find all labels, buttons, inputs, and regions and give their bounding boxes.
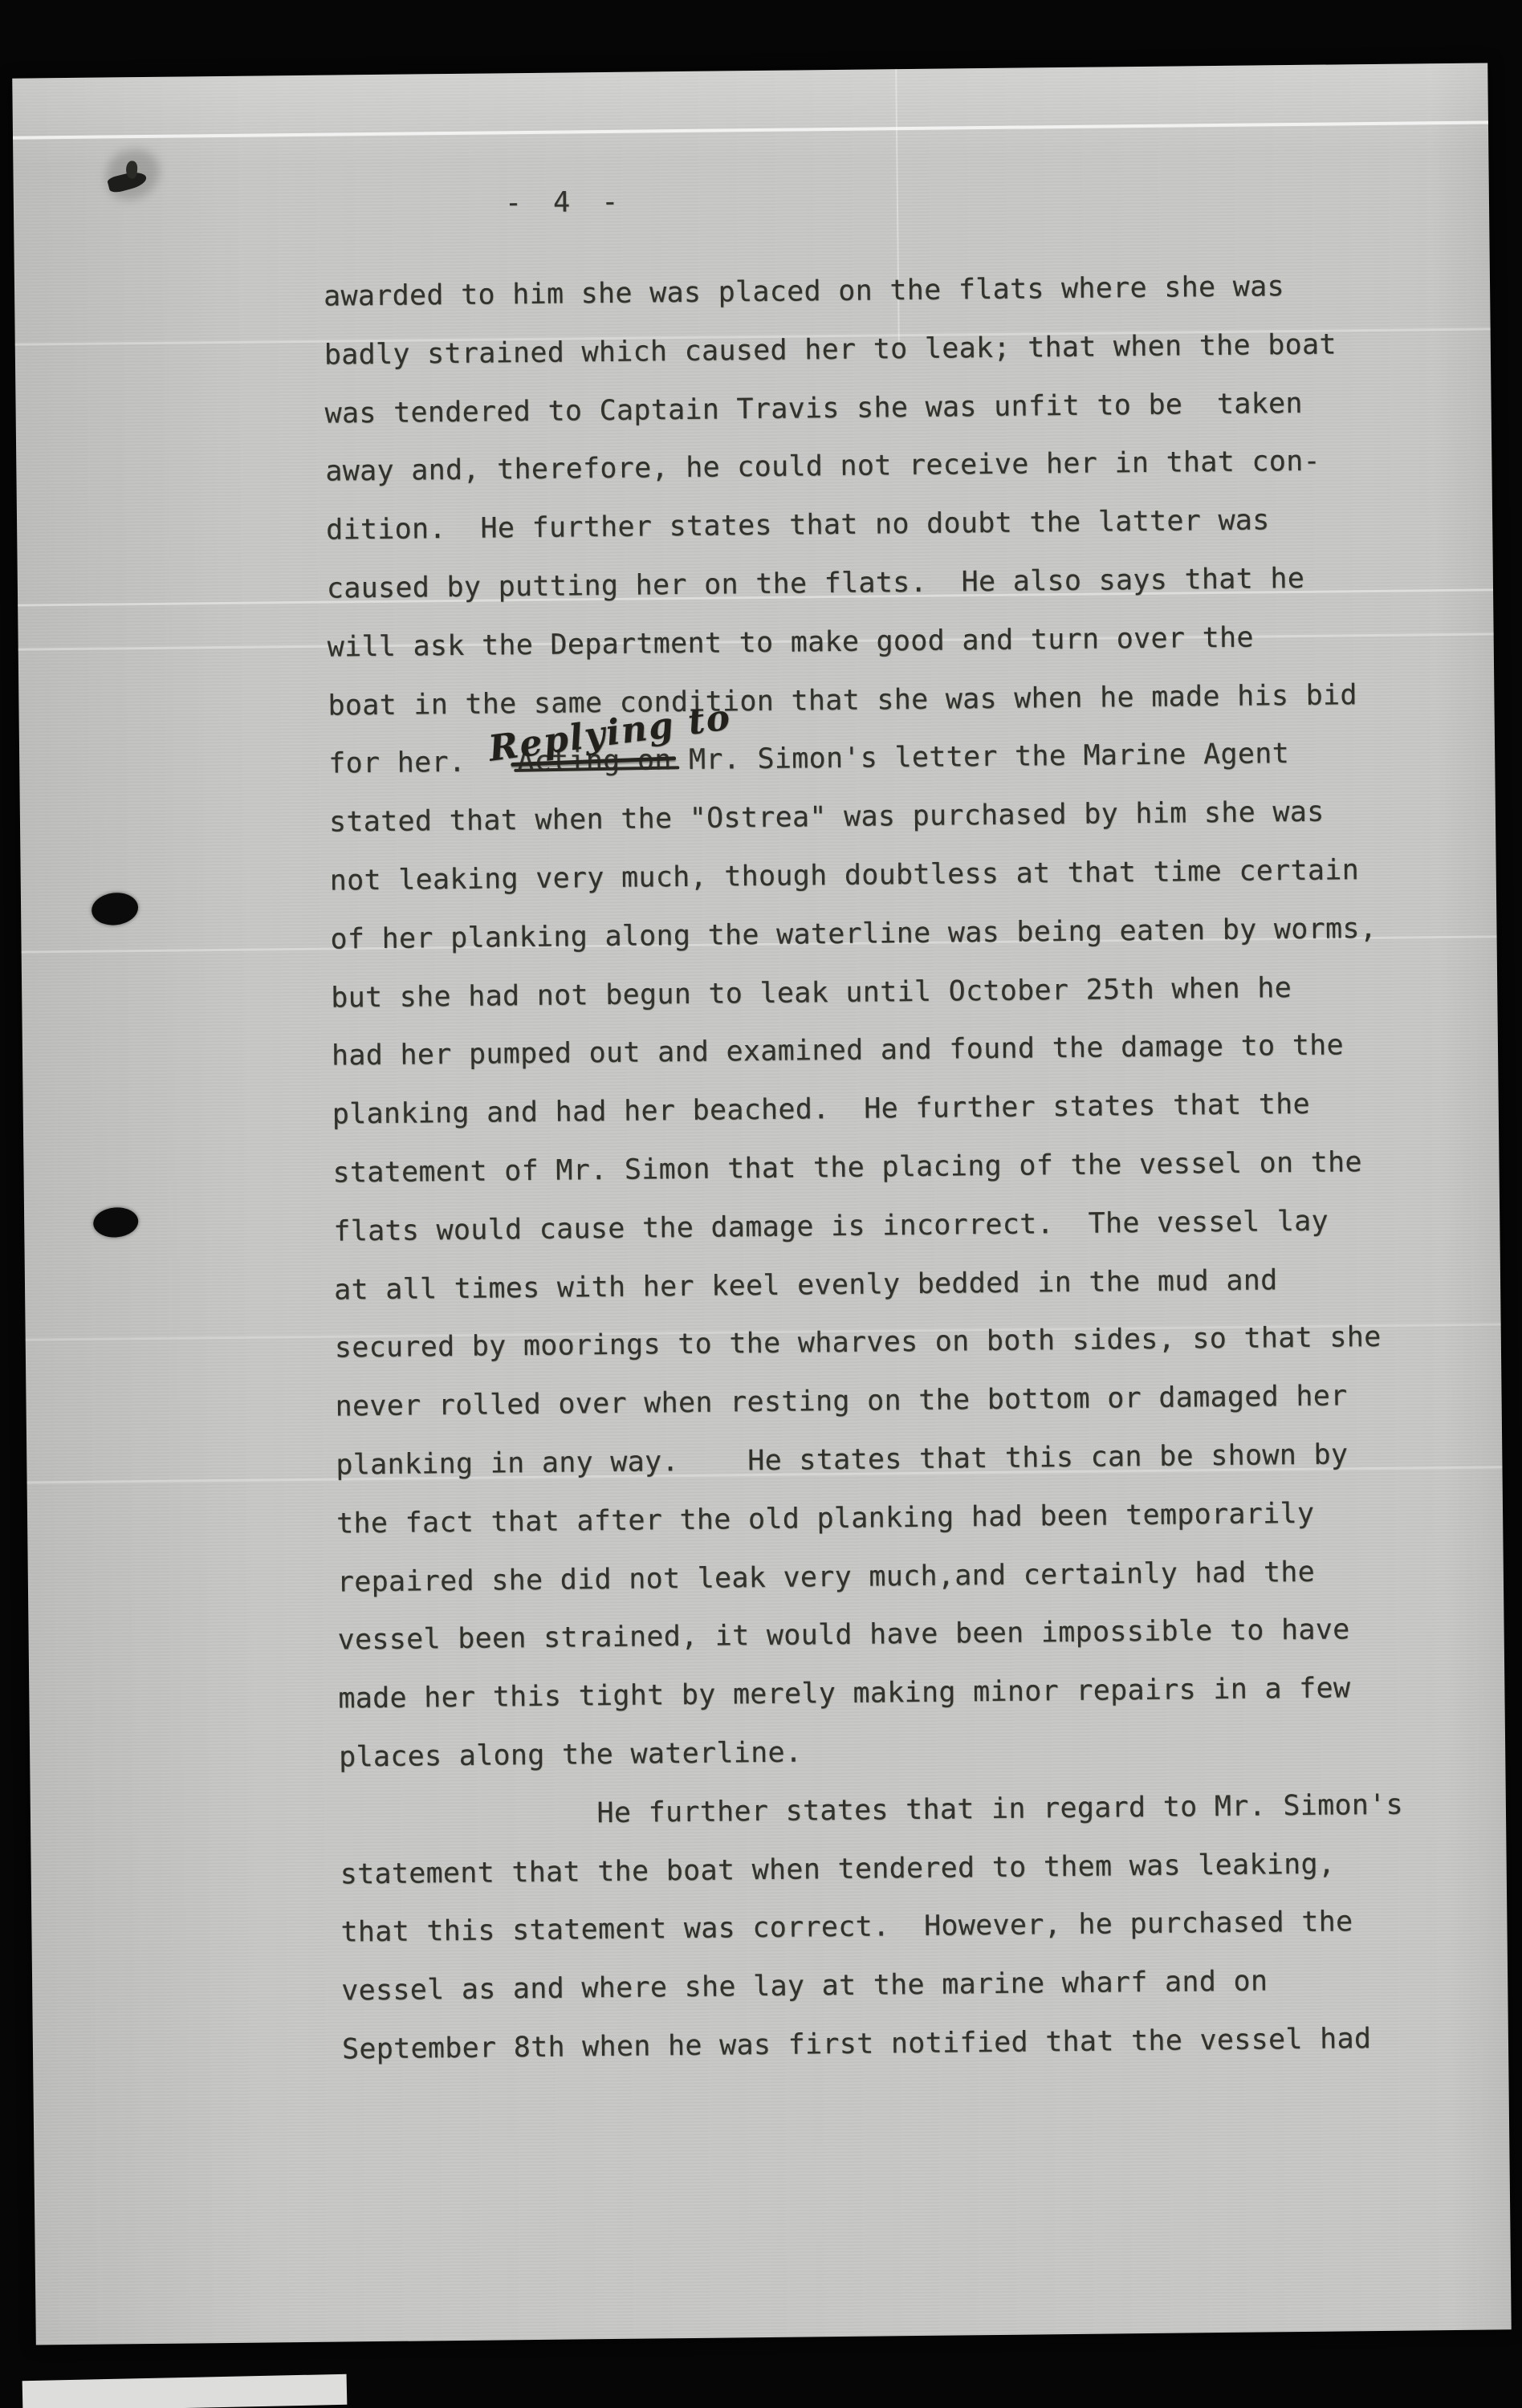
next-page-sliver xyxy=(22,2374,348,2408)
paper-sheet: - 4 - awarded to him she was placed on t… xyxy=(12,63,1511,2345)
struck-out-text: Acting onReplying to xyxy=(517,740,672,783)
punch-hole xyxy=(92,1206,140,1239)
punch-hole xyxy=(90,890,140,927)
screenshot-root: { "page": { "number": "- 4 -" }, "docume… xyxy=(0,0,1522,2408)
typed-text: Mr. Simon's letter the Marine Agent xyxy=(671,738,1289,776)
scanned-page: - 4 - awarded to him she was placed on t… xyxy=(0,0,1522,2408)
typed-line: September 8th when he was first notified… xyxy=(342,2017,1477,2088)
page-number: - 4 - xyxy=(505,186,626,220)
typed-text-block: awarded to him she was placed on the fla… xyxy=(324,264,1477,2087)
scan-artifact-line xyxy=(13,120,1488,139)
